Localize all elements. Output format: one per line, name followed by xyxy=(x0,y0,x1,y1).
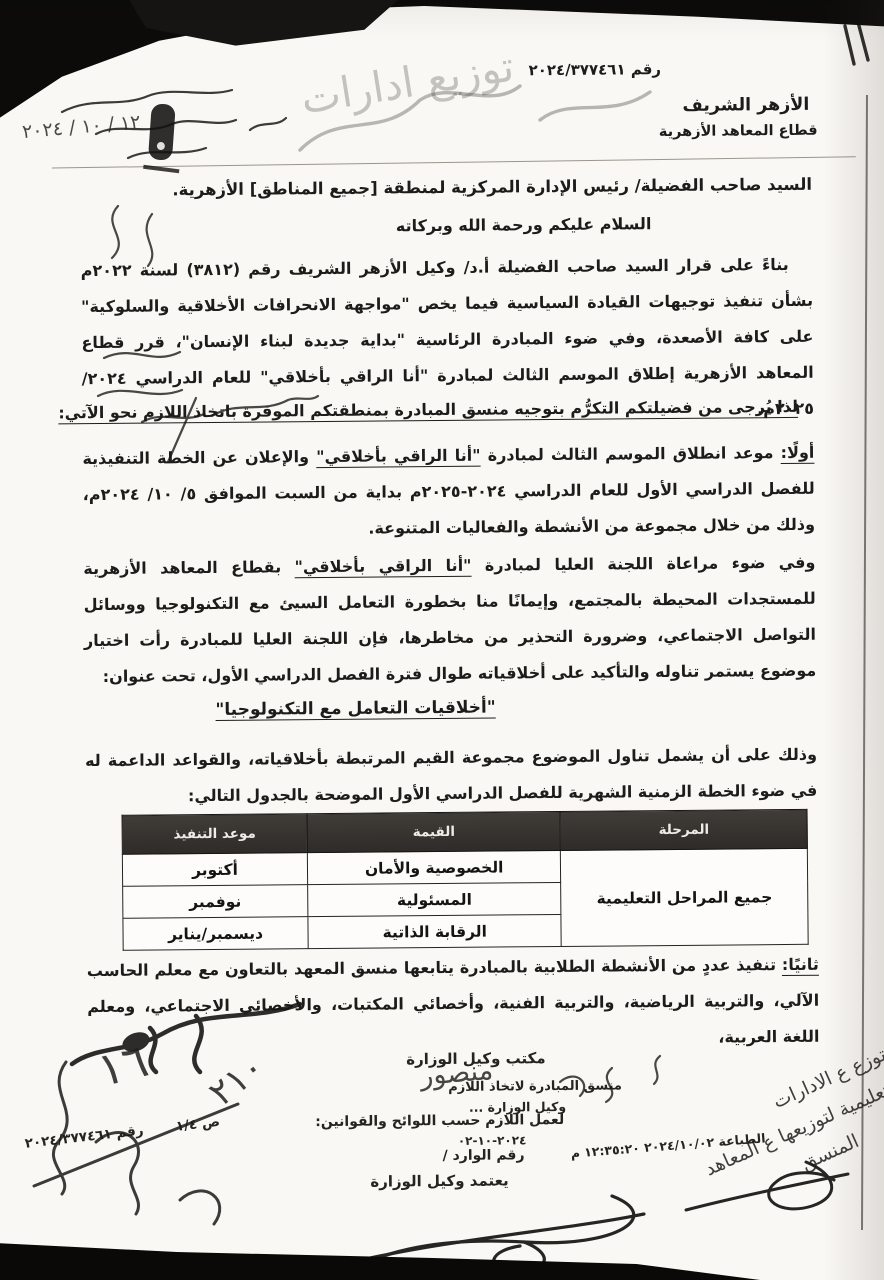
initiative-name-underlined-2: "أنا الراقي بأخلاقي" xyxy=(294,556,471,577)
stamp-received-number: رقم الوارد / xyxy=(442,1147,524,1164)
table-header-row: المرحلة القيمة موعد التنفيذ xyxy=(122,809,807,854)
date-cell: أكتوبر xyxy=(122,853,307,887)
ref-number-top: رقم ٢٠٢٤/٣٧٧٤٦١ xyxy=(528,60,661,79)
item-second-text: تنفيذ عددٍ من الأنشطة الطلابية بالمبادرة… xyxy=(87,955,820,1047)
table-row: جميع المراحل التعليمية الخصوصية والأمان … xyxy=(122,848,807,886)
date-cell: ديسمبر/يناير xyxy=(123,917,308,951)
stage-cell: جميع المراحل التعليمية xyxy=(561,848,808,946)
print-timestamp: الطباعة ٢٠٢٤/١٠/٠٢ ١٢:٣٥:٢٠ م xyxy=(570,1130,766,1160)
col-header-stage: المرحلة xyxy=(560,809,807,850)
ref-number-bottom: رقم ٢٠٢٤/٣٧٧٤٦١ xyxy=(24,1122,144,1151)
stamp-date: ٢٠٢٤-١٠-٠٢ xyxy=(458,1133,527,1148)
value-cell: الرقابة الذاتية xyxy=(308,914,562,948)
value-cell: المسئولية xyxy=(308,882,562,916)
item-first: أولًا: موعد انطلاق الموسم الثالث لمبادرة… xyxy=(82,435,815,549)
ref-number-bottom-group: ص ١/٤ رقم ٢٠٢٤/٣٧٧٤٦١ xyxy=(24,1114,221,1152)
item-second: ثانيًا: تنفيذ عددٍ من الأنشطة الطلابية ب… xyxy=(87,947,820,1061)
stamp-coordinator: منسق المبادرة لاتخاذ اللازم xyxy=(448,1078,622,1095)
context-pre: وفي ضوء مراعاة اللجنة العليا لمبادرة xyxy=(471,553,815,575)
stamp-office: مكتب وكيل الوزارة xyxy=(406,1049,546,1068)
document-content: رقم ٢٠٢٤/٣٧٧٤٦١ الأزهر الشريف قطاع المعا… xyxy=(0,0,884,1280)
date-cell: نوفمبر xyxy=(123,885,308,919)
item-first-pre: موعد انطلاق الموسم الثالث لمبادرة xyxy=(480,443,780,465)
paragraph-context: وفي ضوء مراعاة اللجنة العليا لمبادرة "أن… xyxy=(83,545,816,695)
item-first-label: أولًا: xyxy=(781,443,815,462)
schedule-table: المرحلة القيمة موعد التنفيذ جميع المراحل… xyxy=(122,809,809,951)
org-dept: قطاع المعاهد الأزهرية xyxy=(659,123,818,140)
item-second-label: ثانيًا: xyxy=(782,955,819,974)
context-post: بقطاع المعاهد الأزهرية للمستجدات المحيطة… xyxy=(83,557,816,686)
value-cell: الخصوصية والأمان xyxy=(307,850,561,884)
letterhead-divider xyxy=(52,156,856,168)
stamp-action: لعمل اللازم حسب اللوائح والقوانين: xyxy=(315,1112,564,1130)
paragraph-scope: وذلك على أن يشمل تناول الموضوع مجموعة ال… xyxy=(85,737,818,815)
initiative-name-underlined: "أنا الراقي بأخلاقي" xyxy=(316,446,481,466)
salutation: السيد صاحب الفضيلة/ رئيس الإدارة المركزي… xyxy=(172,175,812,200)
col-header-value: القيمة xyxy=(307,811,561,852)
page-number: ص ١/٤ xyxy=(175,1114,221,1135)
greeting: السلام عليكم ورحمة الله وبركاته xyxy=(396,214,652,235)
org-name: الأزهر الشريف xyxy=(682,95,809,116)
topic-heading: "أخلاقيات التعامل مع التكنولوجيا" xyxy=(186,697,526,720)
scanned-letter-page: رقم ٢٠٢٤/٣٧٧٤٦١ الأزهر الشريف قطاع المعا… xyxy=(0,0,884,1280)
stamp-approve: يعتمد وكيل الوزارة xyxy=(370,1171,509,1190)
col-header-date: موعد التنفيذ xyxy=(122,814,307,855)
